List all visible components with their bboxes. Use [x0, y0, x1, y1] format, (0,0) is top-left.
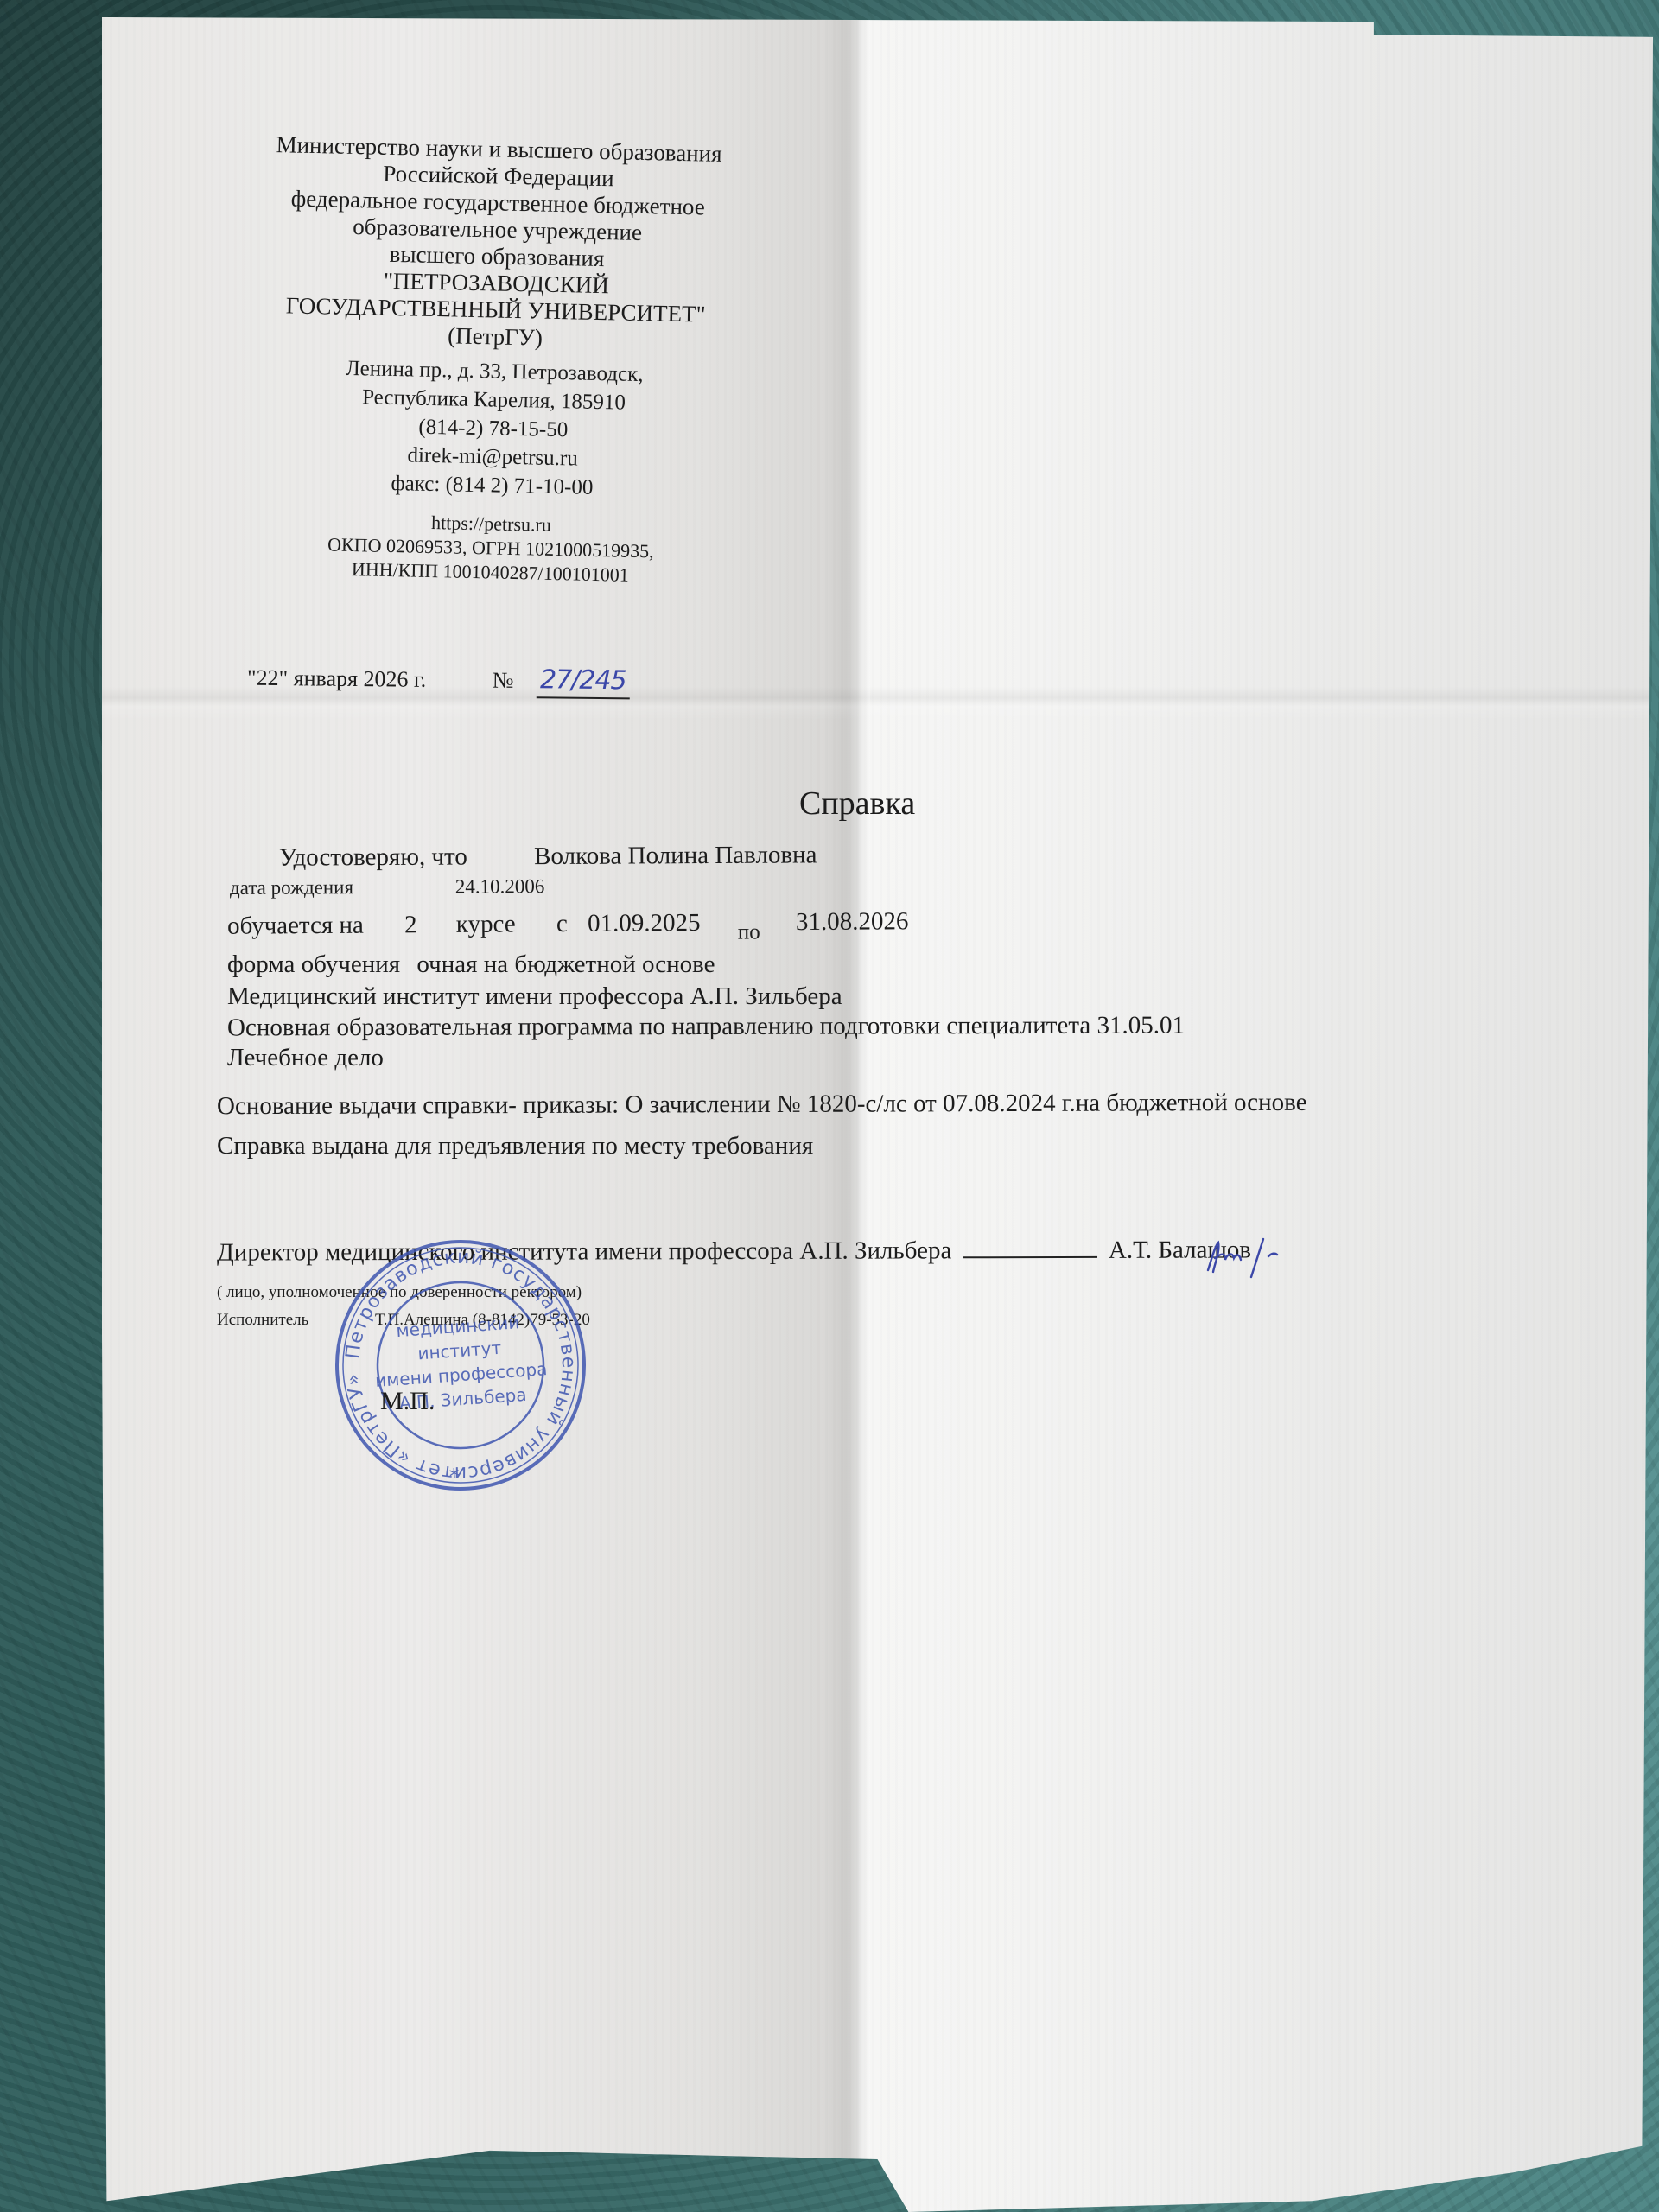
certificate-paper: Министерство науки и высшего образования… [102, 17, 1653, 2212]
birth-date: 24.10.2006 [455, 875, 545, 898]
issue-date: "22" января 2026 г. [247, 665, 427, 692]
contact-block: Ленина пр., д. 33, Петрозаводск, Республ… [179, 351, 805, 591]
executor-label: Исполнитель [217, 1311, 308, 1329]
registration-number: 27/245 [537, 664, 630, 699]
program-name: Основная образовательная программа по на… [227, 1012, 1185, 1043]
signature-line [963, 1237, 1097, 1258]
study-form-row: форма обучения очная на бюджетной основе [227, 950, 715, 979]
document-title: Справка [799, 785, 915, 823]
institute-name: Медицинский институт имени профессора А.… [227, 982, 842, 1011]
to-label: по [738, 920, 760, 944]
issue-date-line: "22" января 2026 г. № 27/245 [247, 662, 630, 696]
number-label: № [493, 668, 514, 693]
course-number: 2 [404, 911, 417, 938]
handwritten-signature-icon [1199, 1234, 1320, 1282]
birth-label: дата рождения [230, 876, 353, 899]
stamp-inner-line-1: медицинский [396, 1312, 520, 1341]
from-label: с [556, 910, 568, 938]
official-seal-icon: Петрозаводский государственный университ… [322, 1227, 599, 1503]
student-name: Волкова Полина Павловна [534, 841, 817, 870]
from-date: 01.09.2025 [588, 909, 701, 938]
stamp-inner-line-2: институт [417, 1338, 503, 1364]
study-period-row: обучается на 2 курсе с 01.09.2025 по 31.… [227, 907, 909, 941]
issue-purpose: Справка выдана для предъявления по месту… [217, 1132, 813, 1160]
certify-row: Удостоверяю, что Волкова Полина Павловна [279, 841, 817, 872]
letterhead: Министерство науки и высшего образования… [179, 130, 810, 591]
certify-label: Удостоверяю, что [279, 842, 467, 871]
svg-text:*: * [448, 1464, 461, 1489]
seal-placeholder-label: М.П. [380, 1387, 435, 1416]
form-label: форма обучения [227, 950, 400, 978]
course-label: курсе [456, 910, 516, 938]
to-date: 31.08.2026 [796, 907, 909, 936]
form-value: очная на бюджетной основе [416, 950, 715, 978]
issue-basis: Основание выдачи справки- приказы: О зач… [217, 1089, 1307, 1121]
specialty: Лечебное дело [227, 1044, 384, 1072]
study-label: обучается на [227, 912, 364, 940]
birth-row: дата рождения 24.10.2006 [230, 875, 544, 899]
